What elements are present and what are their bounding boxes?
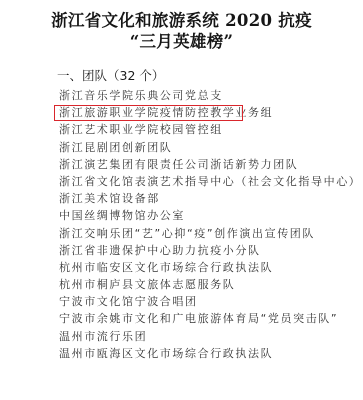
list-item: 浙江昆剧团创新团队	[59, 139, 361, 156]
list-item: 宁波市余姚市文化和广电旅游体育局“党员突击队”	[59, 310, 361, 327]
list-item: 中国丝绸博物馆办公室	[59, 207, 361, 224]
document-title-line-1: 浙江省文化和旅游系统 2020 抗疫	[0, 10, 363, 32]
list-item: 浙江交响乐团“艺”心抑“疫”创作演出宣传团队	[59, 225, 361, 242]
list-item: 浙江美术馆设备部	[59, 190, 361, 207]
document-title-line-2: “三月英雄榜”	[0, 31, 363, 53]
list-item: 温州市瓯海区文化市场综合行政执法队	[59, 345, 361, 362]
list-item: 浙江音乐学院乐典公司党总支	[59, 87, 361, 104]
list-item-highlighted: 浙江旅游职业学院疫情防控教学业务组	[59, 104, 361, 121]
list-item: 宁波市文化馆宁波合唱团	[59, 293, 361, 310]
list-item: 浙江艺术职业学院校园管控组	[59, 121, 361, 138]
list-item: 浙江省非遗保护中心助力抗疫小分队	[59, 242, 361, 259]
team-list: 浙江音乐学院乐典公司党总支 浙江旅游职业学院疫情防控教学业务组 浙江艺术职业学院…	[59, 87, 361, 362]
list-item: 杭州市桐庐县文旅体志愿服务队	[59, 276, 361, 293]
section-heading-teams: 一、团队（32 个）	[57, 68, 164, 84]
list-item: 浙江省文化馆表演艺术指导中心（社会文化指导中心）	[59, 173, 361, 190]
list-item: 温州市流行乐团	[59, 328, 361, 345]
list-item: 杭州市临安区文化市场综合行政执法队	[59, 259, 361, 276]
list-item: 浙江演艺集团有限责任公司浙话新势力团队	[59, 156, 361, 173]
